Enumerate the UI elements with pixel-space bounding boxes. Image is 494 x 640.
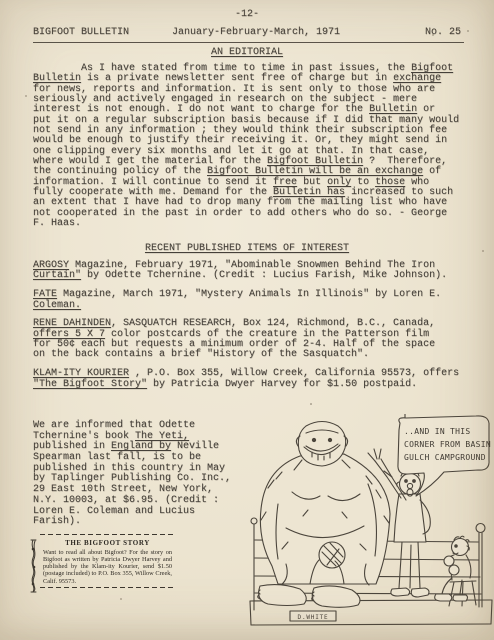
clipping-body: Want to read all about Bigfoot? For the … — [43, 549, 172, 585]
paper-speck — [90, 330, 92, 332]
newspaper-clipping: THE BIGFOOT STORY Want to read all about… — [28, 534, 174, 589]
published-item-dahinden: RENE DAHINDEN, SASQUATCH RESEARCH, Box 1… — [33, 319, 459, 360]
paper-speck — [120, 598, 122, 600]
paper-speck — [482, 250, 484, 252]
paper-speck — [467, 30, 469, 32]
bigfoot-figure — [258, 422, 390, 608]
issue-date: January-February-March, 1971 — [172, 27, 340, 38]
boxer-figure — [435, 536, 476, 606]
newsletter-title: BIGFOOT BULLETIN — [33, 27, 129, 38]
scanned-newsletter-page: -12- BIGFOOT BULLETIN January-February-M… — [0, 0, 494, 640]
editorial-heading: AN EDITORIAL — [0, 47, 494, 58]
paper-speck — [310, 403, 312, 405]
svg-text:D.WHITE: D.WHITE — [298, 614, 329, 621]
recent-items-heading: RECENT PUBLISHED ITEMS OF INTEREST — [0, 243, 494, 254]
masthead: BIGFOOT BULLETIN January-February-March,… — [33, 27, 464, 43]
clipping-title: THE BIGFOOT STORY — [43, 539, 172, 547]
paper-speck — [25, 95, 27, 97]
page-number: -12- — [0, 9, 494, 20]
published-item-argosy: ARGOSY Magazine, February 1971, "Abomina… — [33, 261, 459, 282]
published-items-list: ARGOSY Magazine, February 1971, "Abomina… — [33, 261, 459, 398]
speech-bubble-text: CORNER FROM BASIN — [404, 440, 491, 449]
printers-ornament-icon — [28, 539, 39, 593]
speech-bubble-text: GULCH CAMPGROUND — [404, 453, 486, 462]
paper-speck — [60, 150, 62, 152]
speech-bubble-text: ..AND IN THIS — [404, 427, 471, 436]
published-item-fate: FATE Magazine, March 1971, "Mystery Anim… — [33, 290, 459, 311]
paper-speck — [432, 34, 434, 36]
issue-number: No. 25 — [425, 27, 461, 38]
yeti-book-note: We are informed that OdetteTchernine's b… — [33, 421, 231, 528]
clipping-bottom-rule — [40, 587, 174, 589]
cartoonist-signature: D.WHITE — [290, 611, 336, 621]
bigfoot-boxing-cartoon: ..AND IN THIS CORNER FROM BASIN GULCH CA… — [248, 414, 494, 632]
published-item-klamity-kourier: KLAM-ITY KOURIER , P.O. Box 355, Willow … — [33, 369, 459, 390]
editorial-body: As I have stated from time to time in pa… — [33, 64, 459, 230]
